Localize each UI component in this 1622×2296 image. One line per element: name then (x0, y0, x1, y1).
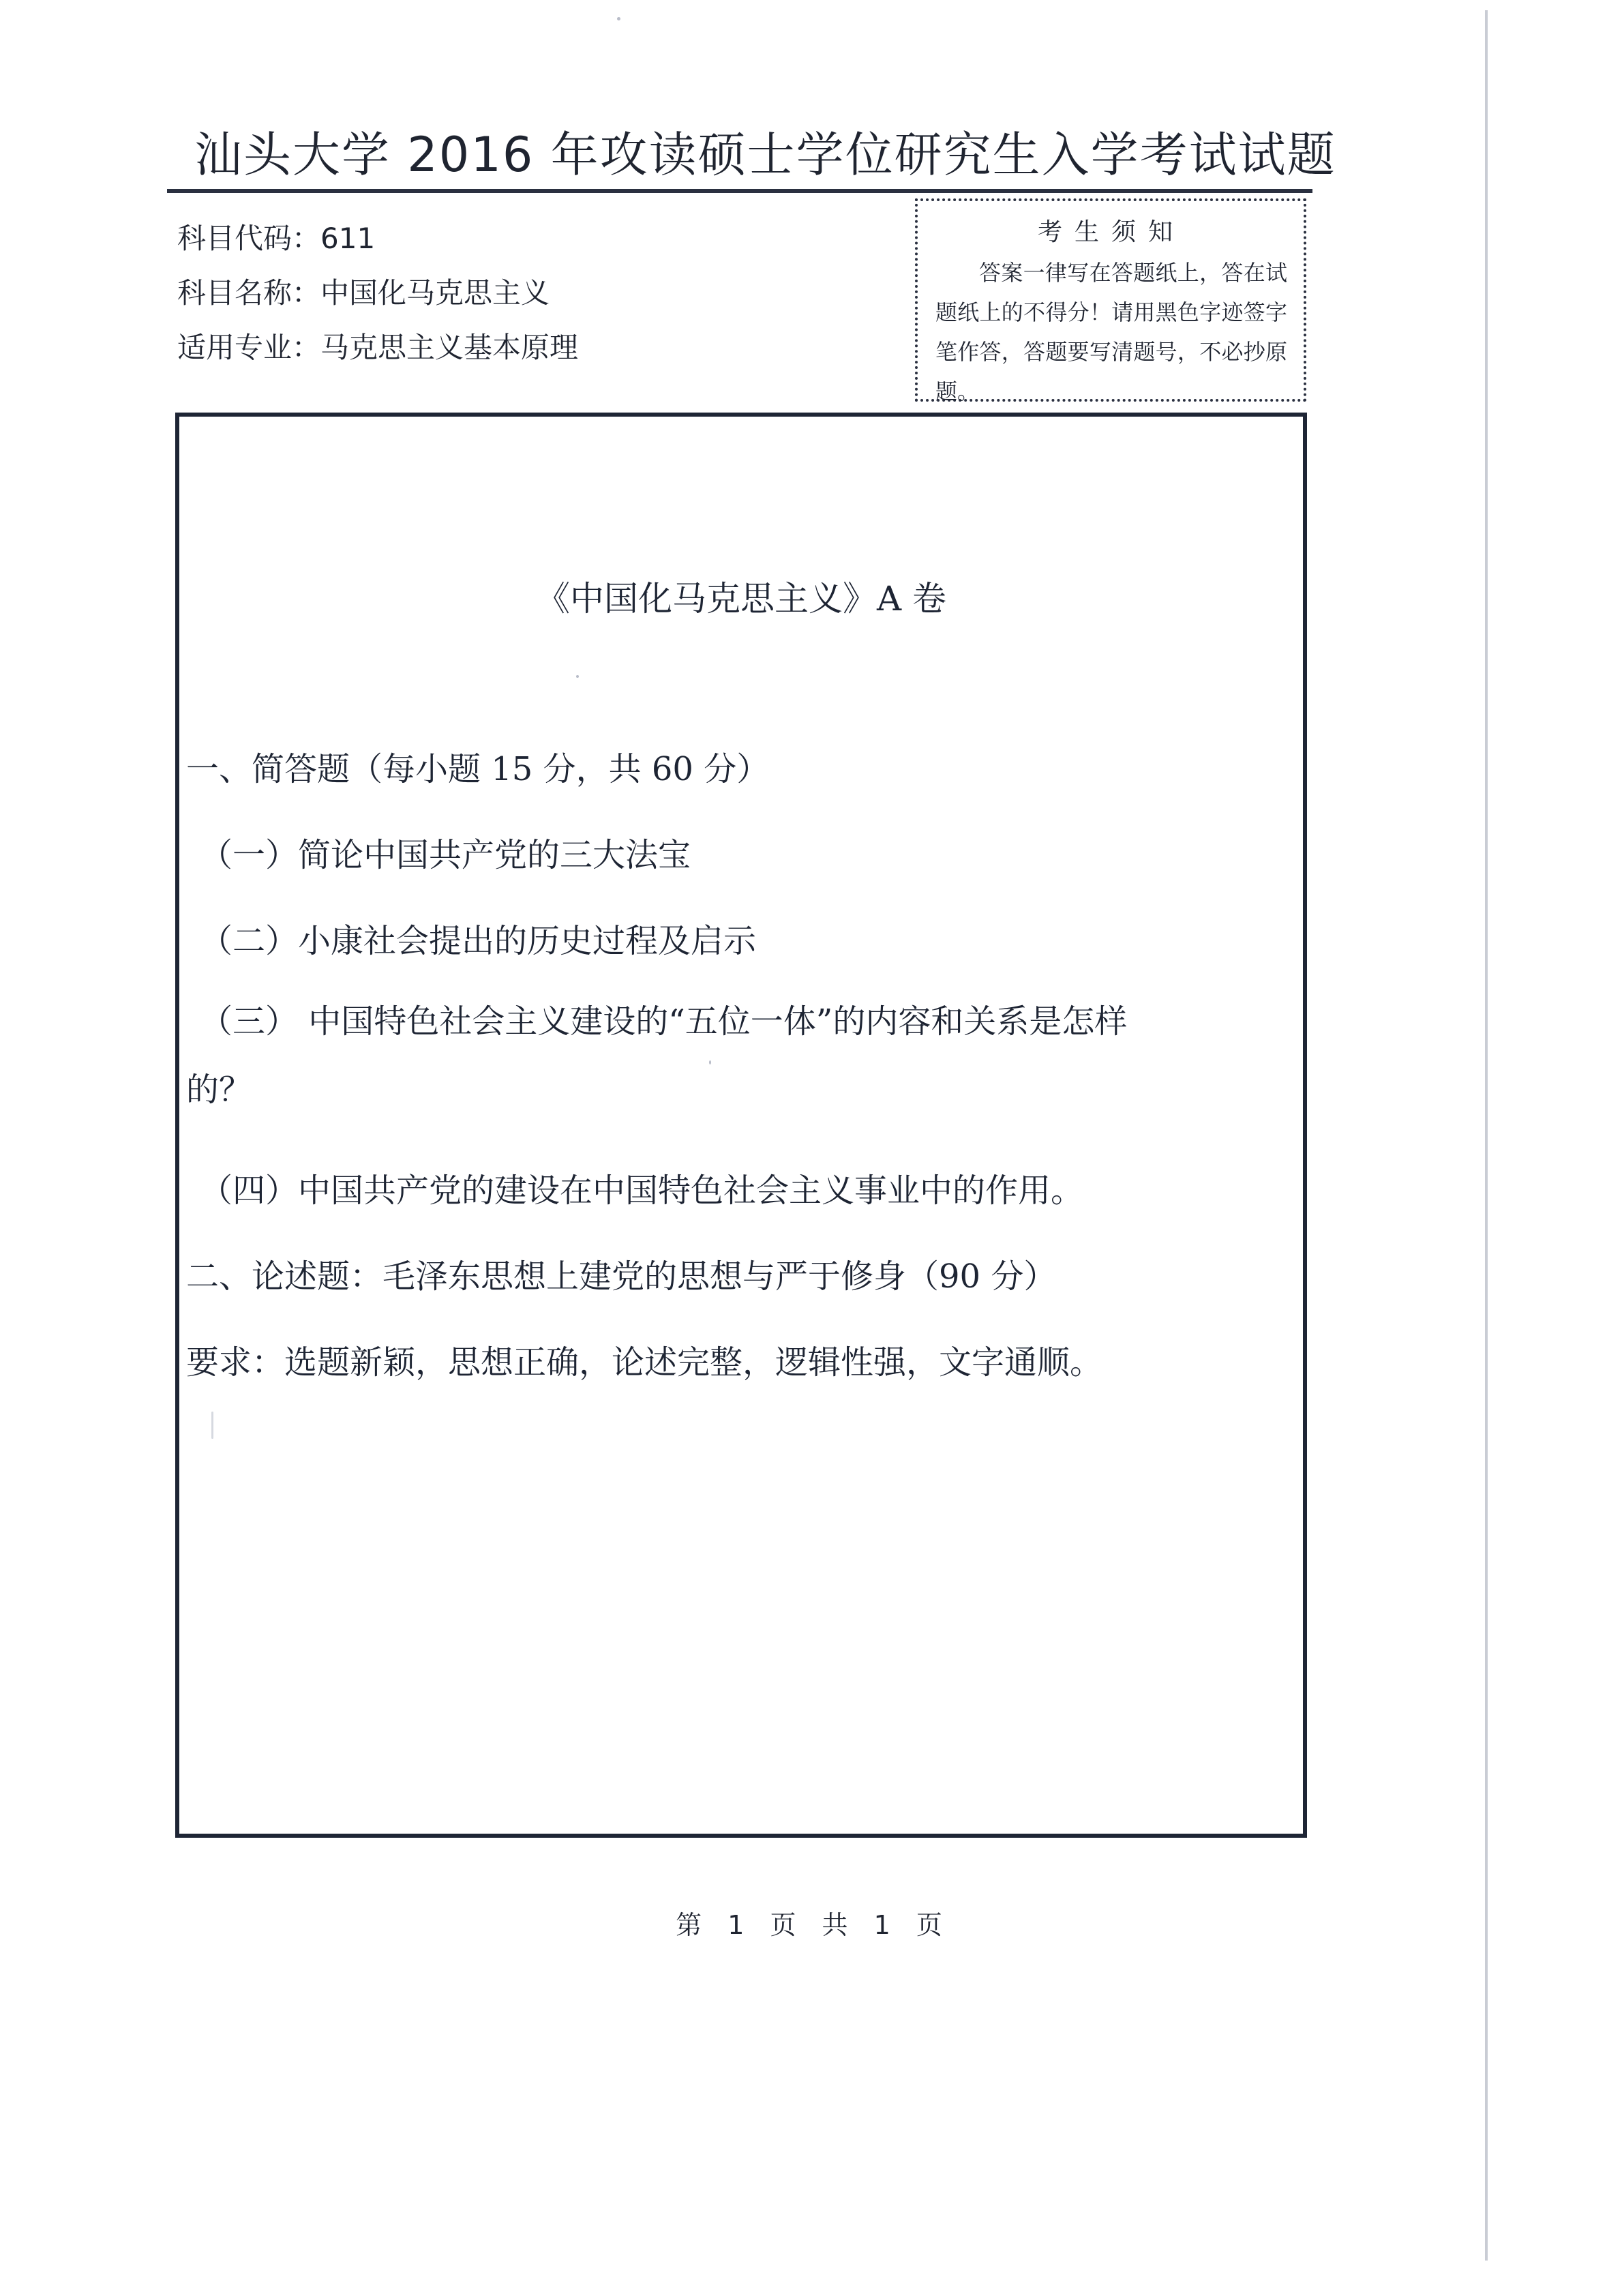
candidate-notice-box: 考生须知 答案一律写在答题纸上，答在试题纸上的不得分！请用黑色字迹签字笔作答，答… (915, 198, 1306, 402)
major-label: 适用专业： (177, 331, 320, 364)
notice-title: 考生须知 (935, 216, 1287, 249)
question-3: （三） 中国特色社会主义建设的“五位一体”的内容和关系是怎样 (186, 984, 1296, 1059)
section2-requirement: 要求：选题新颖，思想正确，论述完整，逻辑性强，文字通顺。 (186, 1320, 1296, 1405)
page-indicator: 第 1 页 共 1 页 (0, 1904, 1622, 1941)
question-4: （四）中国共产党的建设在中国特色社会主义事业中的作用。 (186, 1148, 1296, 1234)
exam-meta: 科目代码：611 科目名称：中国化马克思主义 适用专业：马克思主义基本原理 (177, 211, 578, 375)
scan-speck (211, 1412, 213, 1439)
exam-title: 汕头大学 2016 年攻读硕士学位研究生入学考试试题 (194, 124, 1326, 185)
subject-name-row: 科目名称：中国化马克思主义 (177, 266, 578, 320)
subject-code-label: 科目代码： (177, 222, 320, 255)
section2-heading: 二、论述题：毛泽东思想上建党的思想与严于修身（90 分） (186, 1234, 1296, 1320)
subject-name-value: 中国化马克思主义 (320, 276, 550, 310)
question-3-continued: 的？ (186, 1059, 1296, 1148)
paper-title: 《中国化马克思主义》A 卷 (179, 575, 1303, 623)
notice-body: 答案一律写在答题纸上，答在试题纸上的不得分！请用黑色字迹签字笔作答，答题要写清题… (935, 253, 1287, 411)
major-value: 马克思主义基本原理 (320, 331, 578, 364)
question-2: （二）小康社会提出的历史过程及启示 (186, 898, 1296, 984)
scan-speck (576, 675, 579, 678)
scan-speck (709, 1060, 711, 1064)
subject-name-label: 科目名称： (177, 276, 320, 310)
subject-code-value: 611 (320, 222, 375, 255)
question-content: 一、简答题（每小题 15 分，共 60 分） （一）简论中国共产党的三大法宝 （… (186, 726, 1296, 1405)
title-divider (167, 189, 1312, 193)
section1-heading: 一、简答题（每小题 15 分，共 60 分） (186, 726, 1296, 812)
subject-code-row: 科目代码：611 (177, 211, 578, 266)
major-row: 适用专业：马克思主义基本原理 (177, 320, 578, 375)
question-box: 《中国化马克思主义》A 卷 一、简答题（每小题 15 分，共 60 分） （一）… (175, 413, 1307, 1838)
question-1: （一）简论中国共产党的三大法宝 (186, 812, 1296, 898)
scan-speck (617, 17, 620, 20)
